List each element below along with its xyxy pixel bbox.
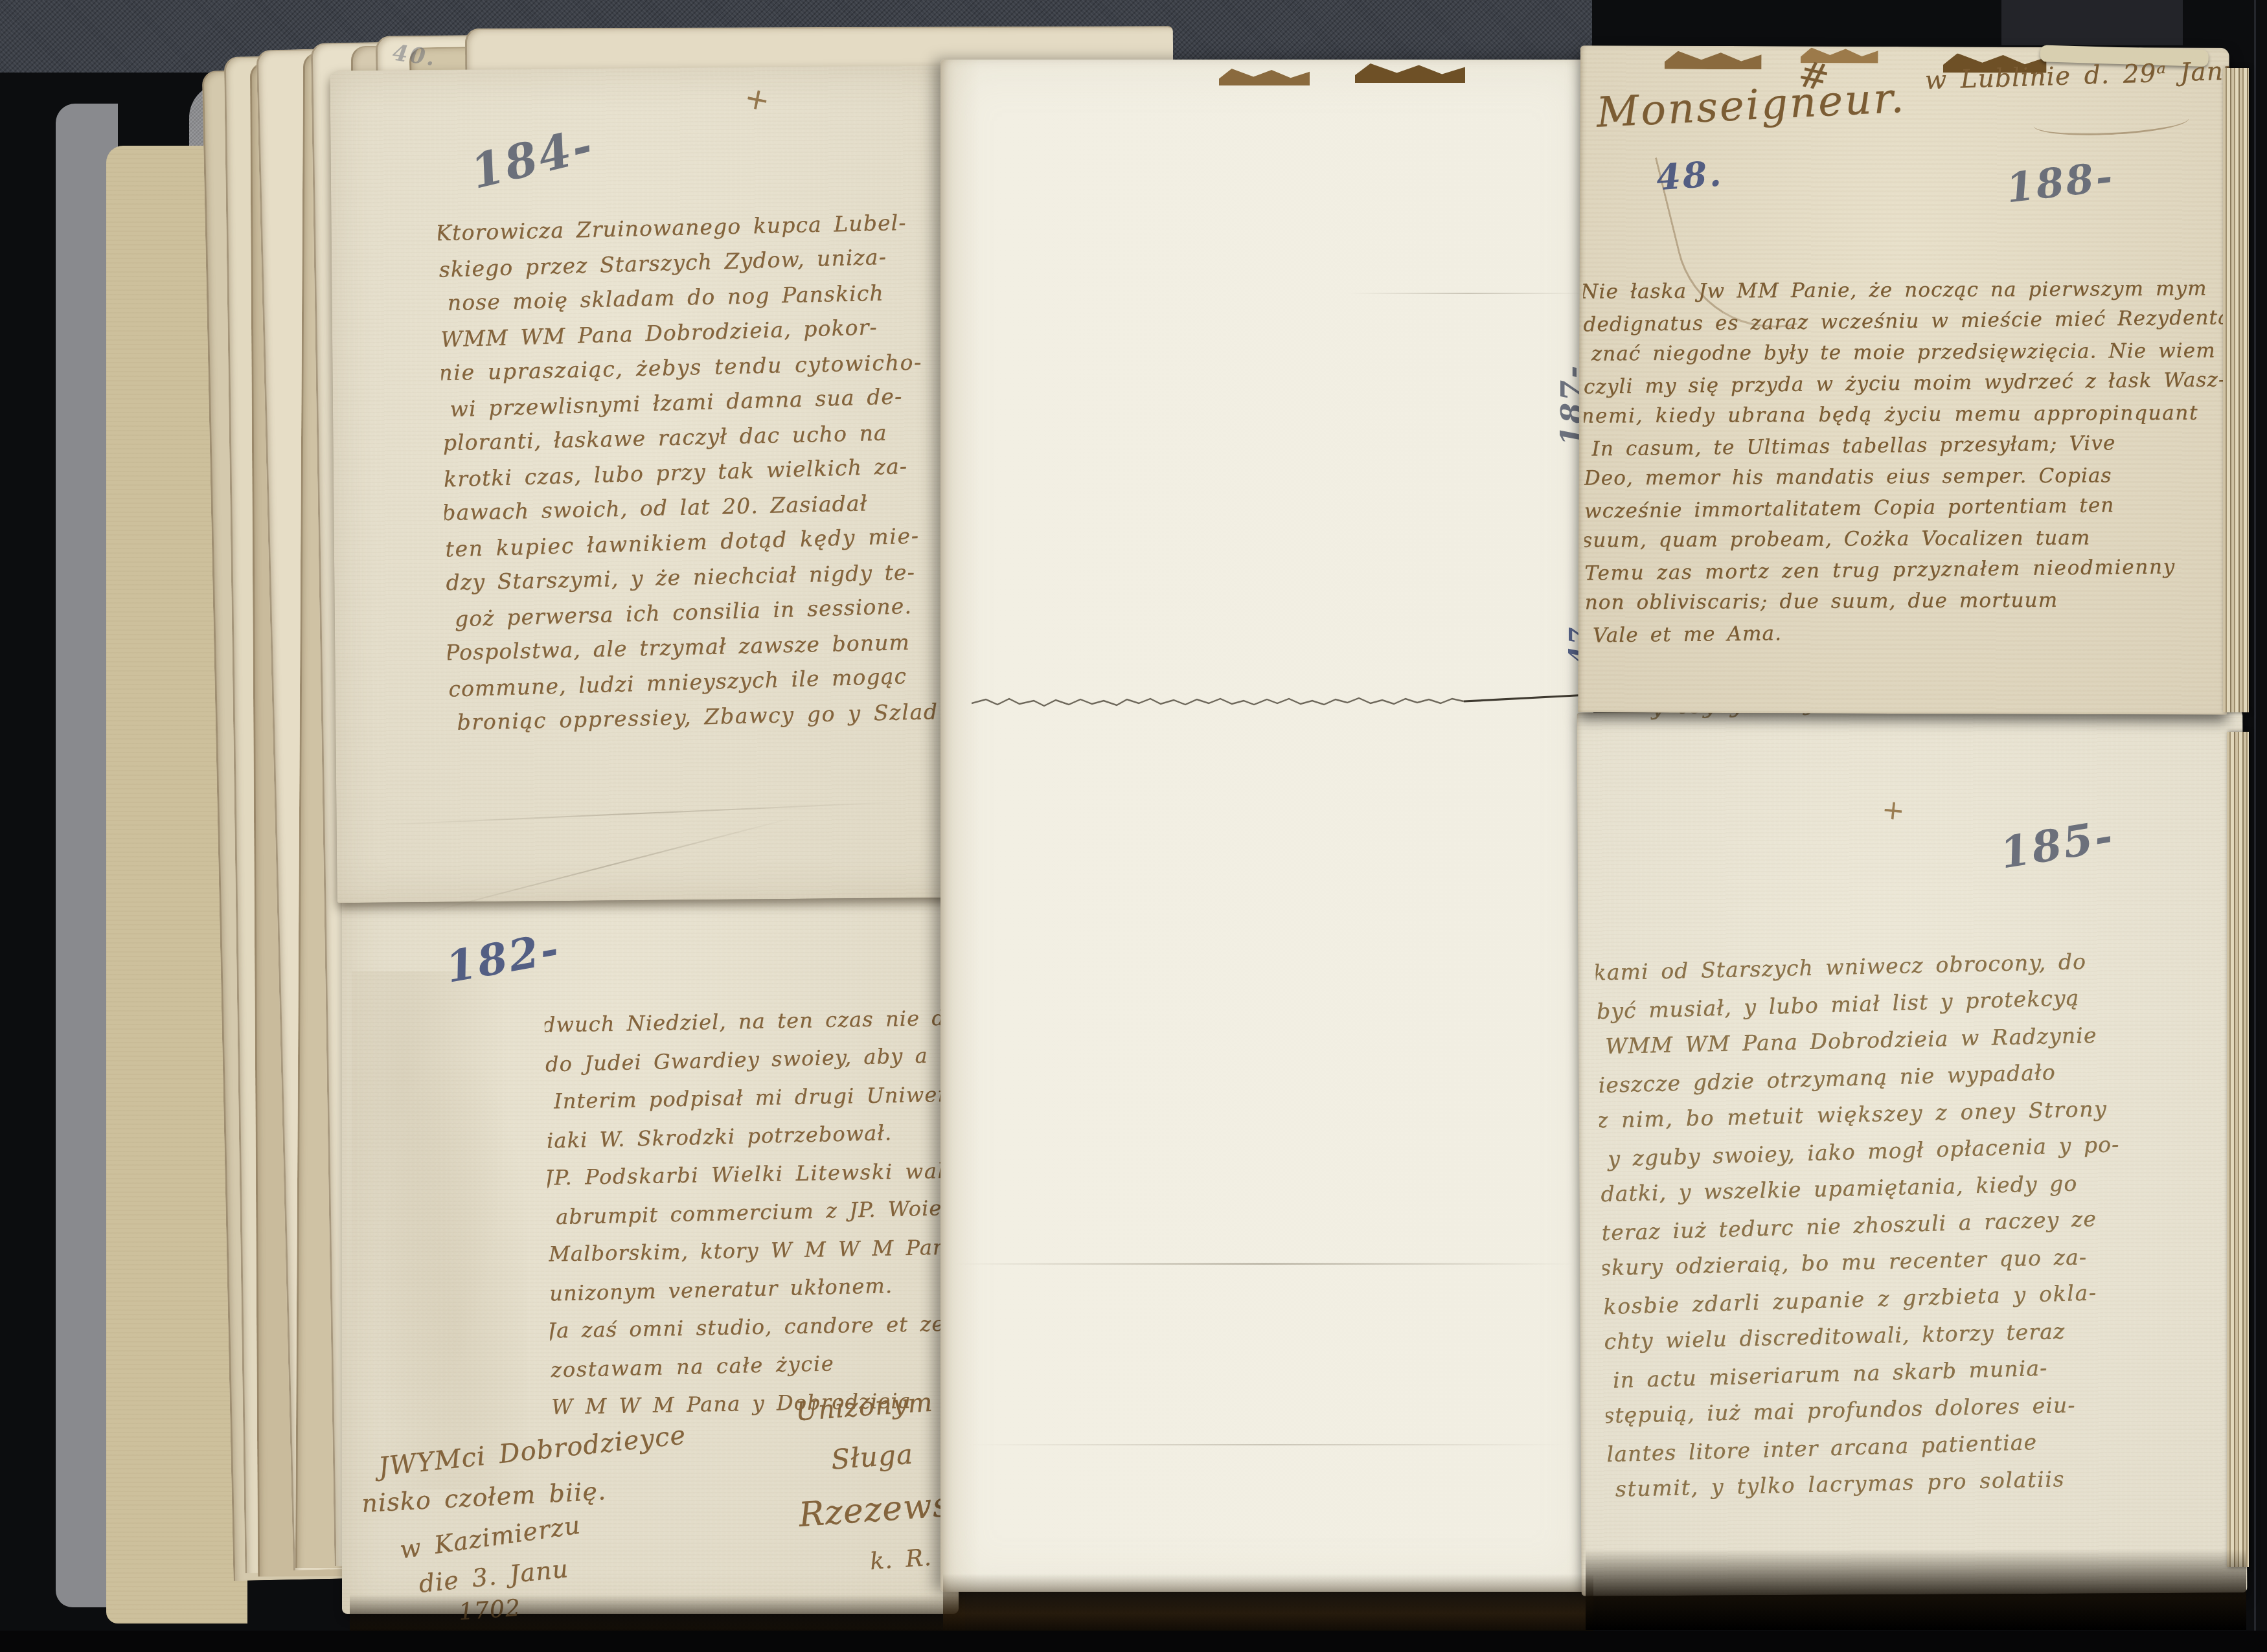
- letter-182-year: 1702: [458, 1595, 522, 1626]
- salutation-monseigneur: Monseigneur.: [1595, 74, 1907, 137]
- letter-182-text: dwuch Niedziel, na ten czas nie dac ordi…: [544, 999, 966, 1426]
- folio-number-185: 185-: [1996, 810, 2117, 879]
- horizontal-crease: [1349, 293, 1588, 294]
- background-top-right: [2001, 0, 2183, 45]
- dateline-flourish: [2033, 106, 2190, 139]
- background-seam-line: [2254, 0, 2256, 1652]
- folio-number-184: 184-: [465, 117, 599, 199]
- text-line: Nie łaska Jw MM Panie, że nocząc na pier…: [1583, 273, 2223, 307]
- text-line: dedignatus es zaraz wcześniu w mieście m…: [1583, 302, 2223, 340]
- fold-crease: [376, 801, 906, 826]
- letter-182-date: die 3. Janu: [417, 1554, 570, 1598]
- letter-184-sheet: + 184- Ktorowicza Zruinowanego kupca Lub…: [330, 65, 959, 903]
- ink-cross-mark: +: [1880, 793, 1907, 826]
- signature-initials: k. R.: [869, 1545, 933, 1576]
- folio-number-188: 188-: [2003, 152, 2117, 212]
- archive-number-48: 48.: [1655, 153, 1724, 199]
- ink-cross-mark: +: [742, 79, 774, 119]
- horizontal-crease: [966, 1444, 1569, 1445]
- torn-edge-fragment: [1219, 69, 1310, 85]
- torn-edge-fragment: [1665, 51, 1762, 70]
- letter-188-text: Nie łaska Jw MM Panie, że nocząc na pier…: [1583, 273, 2225, 649]
- fore-edge-page-stack: [2227, 732, 2249, 1567]
- text-line: In casum, te Ultimas tabellas przesyłam;…: [1591, 426, 2224, 464]
- fore-edge-page-stack: [2223, 68, 2249, 712]
- text-line: nemi, kiedy ubrana będą życiu memu appro…: [1583, 397, 2224, 431]
- folio-number-182: 182-: [442, 923, 564, 993]
- torn-edge-fragment: [1355, 63, 1465, 83]
- text-line: wcześnie immortalitatem Copia portentiam…: [1584, 488, 2224, 526]
- torn-tear-line: [972, 681, 1593, 720]
- letter-184-text: Ktorowicza Zruinowanego kupca Lubel-skie…: [438, 205, 956, 741]
- text-line: czyli my się przyda w życiu moim wydrzeć…: [1584, 364, 2224, 402]
- text-line: Deo, memor his mandatis eius semper. Cop…: [1584, 459, 2224, 493]
- text-line: suum, quam probeam, Cożka Vocalizen tuam: [1583, 521, 2224, 556]
- text-line: Vale et me Ama.: [1593, 613, 2225, 649]
- archival-manuscript-photo: 40. 182- dwuch Niedziel, na ten czas nie…: [0, 0, 2267, 1652]
- text-line: Temu zas mortz zen trug przyznałem nieod…: [1584, 550, 2224, 589]
- letter-185-sheet: + 185- kami od Starszych wniwecz obrocon…: [1577, 709, 2247, 1596]
- show-through-ghost-text: [352, 971, 527, 1489]
- signature-word-2: Sługa: [830, 1438, 914, 1476]
- text-line: non obliviscaris; due suum, due mortuum: [1585, 583, 2225, 618]
- text-line: znać niegodne były te moie przedsięwzięc…: [1591, 335, 2224, 369]
- horizontal-crease: [953, 1263, 1575, 1265]
- letter-185-text: kami od Starszych wniwecz obrocony, doby…: [1595, 940, 2249, 1508]
- bottom-black-strip: [0, 1631, 2267, 1652]
- wrapper-sheet: 187- 47.: [940, 60, 1593, 1592]
- letter-188-sheet: # w Lublinie d. 29ᵃ Janu: 1702 Monseigne…: [1578, 45, 2229, 714]
